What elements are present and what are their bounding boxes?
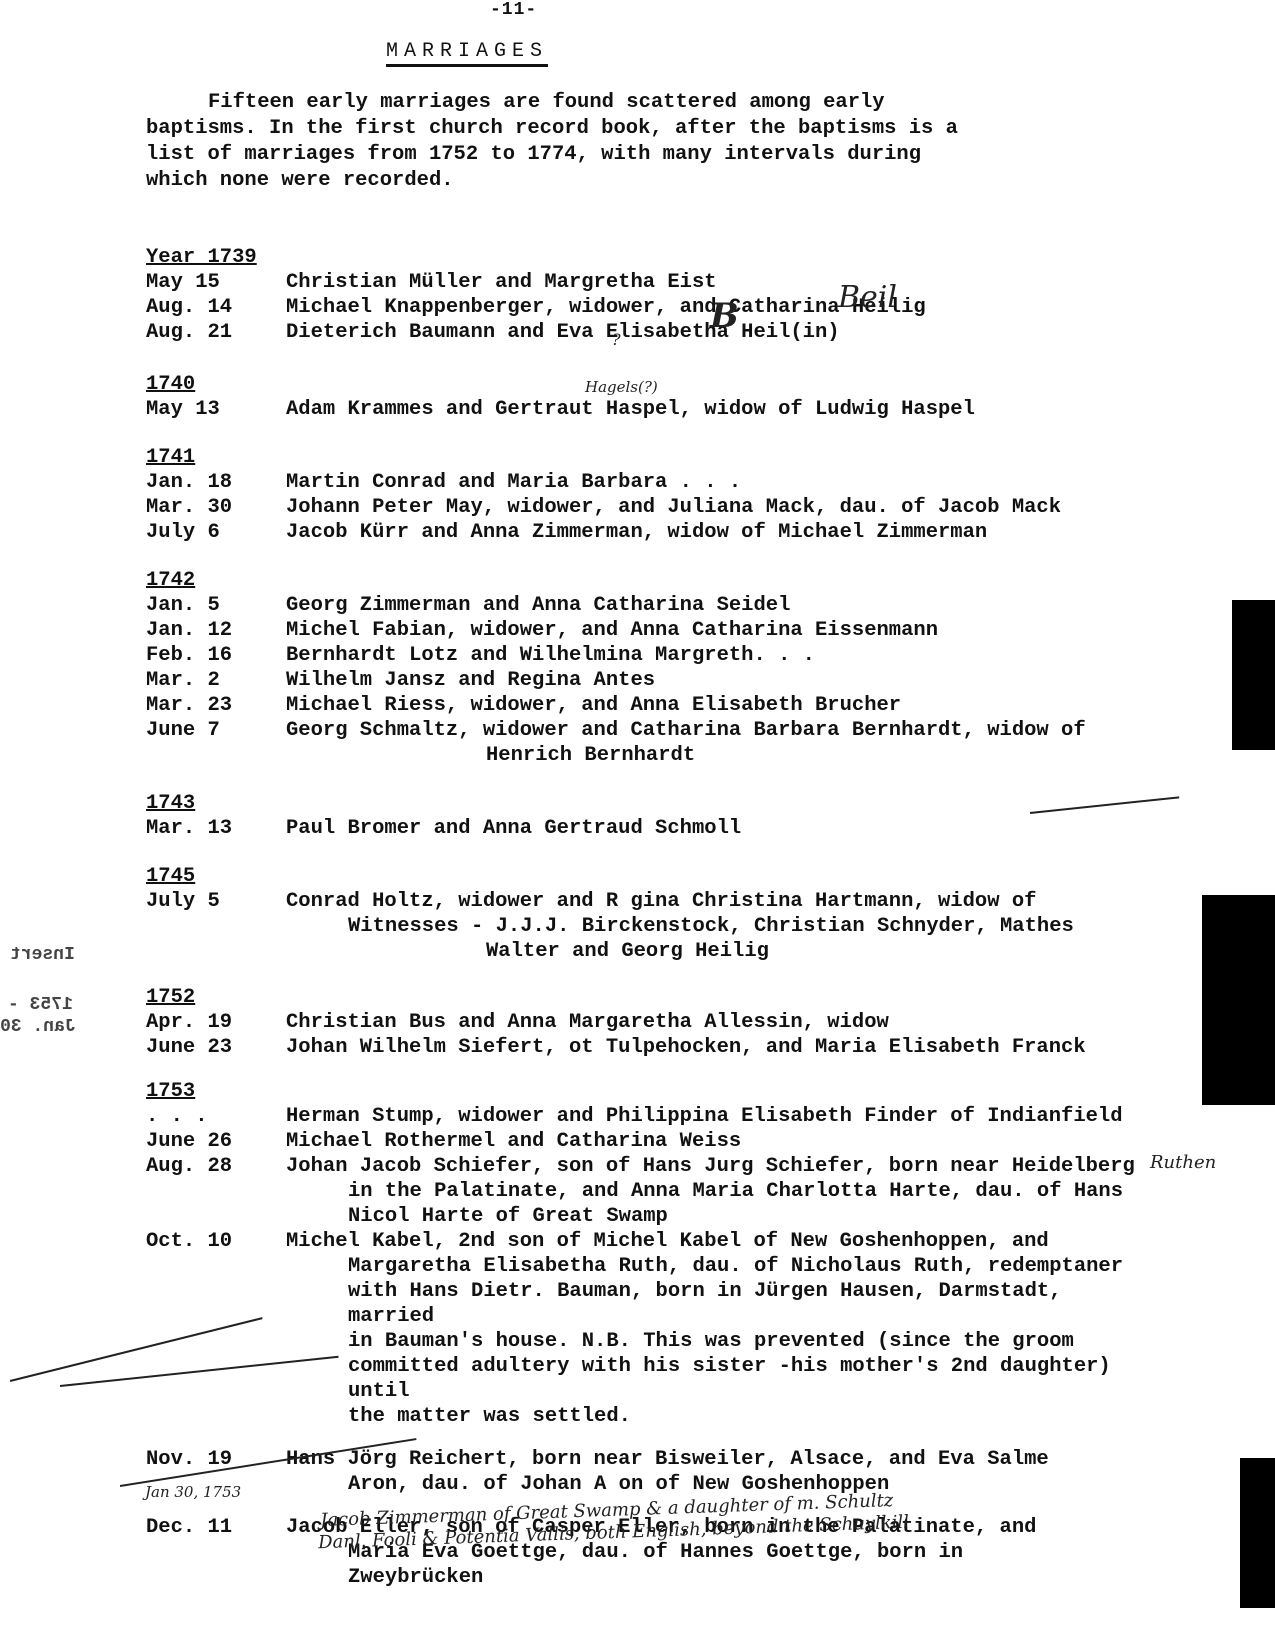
marriage-entry: July 6Jacob Kürr and Anna Zimmerman, wid… <box>146 520 1146 545</box>
entry-text: Herman Stump, widower and Philippina Eli… <box>286 1104 1146 1129</box>
marriage-entry: Nicol Harte of Great Swamp <box>146 1204 1146 1229</box>
marriage-entry: Jan. 5Georg Zimmerman and Anna Catharina… <box>146 593 1146 618</box>
entry-date <box>146 1254 286 1279</box>
entry-date <box>146 743 286 768</box>
page-number: -11- <box>490 0 537 20</box>
entry-date: June 26 <box>146 1129 286 1154</box>
entry-date: Jan. 5 <box>146 593 286 618</box>
entry-date <box>146 939 286 964</box>
year-heading: 1753 <box>146 1080 1146 1104</box>
year-heading: 1742 <box>146 569 1146 593</box>
year-section: 1743Mar. 13Paul Bromer and Anna Gertraud… <box>146 792 1146 841</box>
marriage-list: Year 1739May 15Christian Müller and Marg… <box>146 222 1146 1608</box>
marriage-entry: Apr. 19Christian Bus and Anna Margaretha… <box>146 1010 1146 1035</box>
marriage-entry: Henrich Bernhardt <box>146 743 1146 768</box>
entry-date: June 23 <box>146 1035 286 1060</box>
entry-date: . . . <box>146 1104 286 1129</box>
entry-date <box>146 1354 286 1404</box>
marriage-entry: Margaretha Elisabetha Ruth, dau. of Nich… <box>146 1254 1146 1279</box>
entry-text: Bernhardt Lotz and Wilhelmina Margreth. … <box>286 643 1146 668</box>
marriage-entry: Aug. 28Johan Jacob Schiefer, son of Hans… <box>146 1154 1146 1179</box>
year-section: 1752Apr. 19Christian Bus and Anna Margar… <box>146 986 1146 1060</box>
entry-date: Mar. 2 <box>146 668 286 693</box>
entry-text: Christian Bus and Anna Margaretha Alless… <box>286 1010 1146 1035</box>
year-heading: 1752 <box>146 986 1146 1010</box>
entry-text: Jacob Kürr and Anna Zimmerman, widow of … <box>286 520 1146 545</box>
entry-date: Oct. 10 <box>146 1229 286 1254</box>
entry-text: Walter and Georg Heilig <box>286 939 1146 964</box>
entry-text: Zweybrücken <box>286 1565 1146 1590</box>
marriage-entry: the matter was settled. <box>146 1404 1146 1429</box>
entry-date <box>146 1279 286 1329</box>
year-heading: 1743 <box>146 792 1146 816</box>
entry-text: Christian Müller and Margretha Eist <box>286 270 1146 295</box>
marriage-entry: Mar. 2Wilhelm Jansz and Regina Antes <box>146 668 1146 693</box>
entry-date <box>146 1540 286 1565</box>
marriage-entry: June 23Johan Wilhelm Siefert, ot Tulpeho… <box>146 1035 1146 1060</box>
marriage-entry: June 26Michael Rothermel and Catharina W… <box>146 1129 1146 1154</box>
entry-date: July 5 <box>146 889 286 914</box>
entry-date: Mar. 30 <box>146 495 286 520</box>
entry-date: Aug. 28 <box>146 1154 286 1179</box>
marriage-entry: Jan. 12Michel Fabian, widower, and Anna … <box>146 618 1146 643</box>
entry-text: Michel Fabian, widower, and Anna Cathari… <box>286 618 1146 643</box>
entry-date: June 7 <box>146 718 286 743</box>
marriage-entry: Mar. 23Michael Riess, widower, and Anna … <box>146 693 1146 718</box>
year-section: 1741Jan. 18Martin Conrad and Maria Barba… <box>146 446 1146 545</box>
marriage-entry: in Bauman's house. N.B. This was prevent… <box>146 1329 1146 1354</box>
handwritten-b: B <box>710 296 739 336</box>
handwritten-hagels: Hagels(?) <box>585 378 658 396</box>
entry-text: Michael Riess, widower, and Anna Elisabe… <box>286 693 1146 718</box>
entry-text: Michel Kabel, 2nd son of Michel Kabel of… <box>286 1229 1146 1254</box>
intro-paragraph: Fifteen early marriages are found scatte… <box>146 90 966 194</box>
entry-text: Adam Krammes and Gertraut Haspel, widow … <box>286 397 1146 422</box>
year-heading: 1741 <box>146 446 1146 470</box>
entry-date: Mar. 13 <box>146 816 286 841</box>
handwritten-ruthen: Ruthen <box>1150 1152 1216 1173</box>
entry-date: Apr. 19 <box>146 1010 286 1035</box>
marriage-entry: Oct. 10Michel Kabel, 2nd son of Michel K… <box>146 1229 1146 1254</box>
page-title: MARRIAGES <box>386 40 548 67</box>
scan-black-bar-3 <box>1240 1458 1275 1608</box>
handwritten-margin-date: Jan 30, 1753 <box>145 1483 241 1501</box>
entry-date: Feb. 16 <box>146 643 286 668</box>
entry-text: in the Palatinate, and Anna Maria Charlo… <box>286 1179 1146 1204</box>
scan-black-bar-1 <box>1232 600 1275 750</box>
year-heading: Year 1739 <box>146 246 1146 270</box>
entry-date: Aug. 14 <box>146 295 286 320</box>
margin-bleed-2: 1753 - <box>8 995 73 1015</box>
marriage-entry: June 7Georg Schmaltz, widower and Cathar… <box>146 718 1146 743</box>
margin-bleed-1: Insert <box>10 945 75 965</box>
entry-date: Aug. 21 <box>146 320 286 345</box>
marriage-entry: Mar. 13Paul Bromer and Anna Gertraud Sch… <box>146 816 1146 841</box>
entry-date: July 6 <box>146 520 286 545</box>
year-heading: 1745 <box>146 865 1146 889</box>
marriage-entry: Zweybrücken <box>146 1565 1146 1590</box>
entry-text: Margaretha Elisabetha Ruth, dau. of Nich… <box>286 1254 1146 1279</box>
marriage-entry: Aron, dau. of Johan A on of New Goshenho… <box>146 1472 1146 1497</box>
marriage-entry: Aug. 14Michael Knappenberger, widower, a… <box>146 295 1146 320</box>
entry-text: committed adultery with his sister -his … <box>286 1354 1146 1404</box>
entry-text: Witnesses - J.J.J. Birckenstock, Christi… <box>286 914 1146 939</box>
entry-date: May 13 <box>146 397 286 422</box>
handwritten-question: ? <box>612 330 621 349</box>
marriage-entry: Feb. 16Bernhardt Lotz and Wilhelmina Mar… <box>146 643 1146 668</box>
marriage-entry: Mar. 30Johann Peter May, widower, and Ju… <box>146 495 1146 520</box>
marriage-entry: Aug. 21Dieterich Baumann and Eva Elisabe… <box>146 320 1146 345</box>
entry-date <box>146 1404 286 1429</box>
marriage-entry: July 5Conrad Holtz, widower and R gina C… <box>146 889 1146 914</box>
marriage-entry: . . .Herman Stump, widower and Philippin… <box>146 1104 1146 1129</box>
entry-text: Conrad Holtz, widower and R gina Christi… <box>286 889 1146 914</box>
marriage-entry: Jan. 18Martin Conrad and Maria Barbara .… <box>146 470 1146 495</box>
entry-text: with Hans Dietr. Bauman, born in Jürgen … <box>286 1279 1146 1329</box>
entry-date: Nov. 19 <box>146 1447 286 1472</box>
entry-text: Johann Peter May, widower, and Juliana M… <box>286 495 1146 520</box>
year-section: Year 1739May 15Christian Müller and Marg… <box>146 246 1146 345</box>
entry-date: Mar. 23 <box>146 693 286 718</box>
entry-text: Georg Zimmerman and Anna Catharina Seide… <box>286 593 1146 618</box>
marriage-entry: May 15Christian Müller and Margretha Eis… <box>146 270 1146 295</box>
entry-date <box>146 1204 286 1229</box>
marriage-entry: Maria Eva Goettge, dau. of Hannes Goettg… <box>146 1540 1146 1565</box>
entry-date: May 15 <box>146 270 286 295</box>
entry-text: Nicol Harte of Great Swamp <box>286 1204 1146 1229</box>
intro-text: Fifteen early marriages are found scatte… <box>146 90 966 194</box>
year-section: 1742Jan. 5Georg Zimmerman and Anna Catha… <box>146 569 1146 768</box>
entry-text: Martin Conrad and Maria Barbara . . . <box>286 470 1146 495</box>
entry-text: Henrich Bernhardt <box>286 743 1146 768</box>
entry-text: the matter was settled. <box>286 1404 1146 1429</box>
entry-text: Wilhelm Jansz and Regina Antes <box>286 668 1146 693</box>
entry-text: in Bauman's house. N.B. This was prevent… <box>286 1329 1146 1354</box>
entry-text: Michael Rothermel and Catharina Weiss <box>286 1129 1146 1154</box>
marriage-entry: with Hans Dietr. Bauman, born in Jürgen … <box>146 1279 1146 1329</box>
marriage-entry: in the Palatinate, and Anna Maria Charlo… <box>146 1179 1146 1204</box>
handwritten-beil: Beil <box>838 280 897 315</box>
entry-date: Jan. 18 <box>146 470 286 495</box>
marriage-entry: Witnesses - J.J.J. Birckenstock, Christi… <box>146 914 1146 939</box>
entry-text: Johan Wilhelm Siefert, ot Tulpehocken, a… <box>286 1035 1146 1060</box>
entry-text: Aron, dau. of Johan A on of New Goshenho… <box>286 1472 1146 1497</box>
scan-black-bar-2 <box>1202 895 1275 1105</box>
entry-date: Dec. 11 <box>146 1515 286 1540</box>
margin-bleed-3: Jan. 30 <box>0 1017 76 1037</box>
entry-date <box>146 914 286 939</box>
entry-text: Paul Bromer and Anna Gertraud Schmoll <box>286 816 1146 841</box>
year-section: 1745July 5Conrad Holtz, widower and R gi… <box>146 865 1146 964</box>
entry-date <box>146 1565 286 1590</box>
entry-text: Johan Jacob Schiefer, son of Hans Jurg S… <box>286 1154 1146 1179</box>
marriage-entry: May 13Adam Krammes and Gertraut Haspel, … <box>146 397 1146 422</box>
marriage-entry: Walter and Georg Heilig <box>146 939 1146 964</box>
entry-text: Hans Jörg Reichert, born near Bisweiler,… <box>286 1447 1146 1472</box>
entry-text: Georg Schmaltz, widower and Catharina Ba… <box>286 718 1146 743</box>
marriage-entry: Nov. 19Hans Jörg Reichert, born near Bis… <box>146 1447 1146 1472</box>
entry-date <box>146 1179 286 1204</box>
entry-date: Jan. 12 <box>146 618 286 643</box>
